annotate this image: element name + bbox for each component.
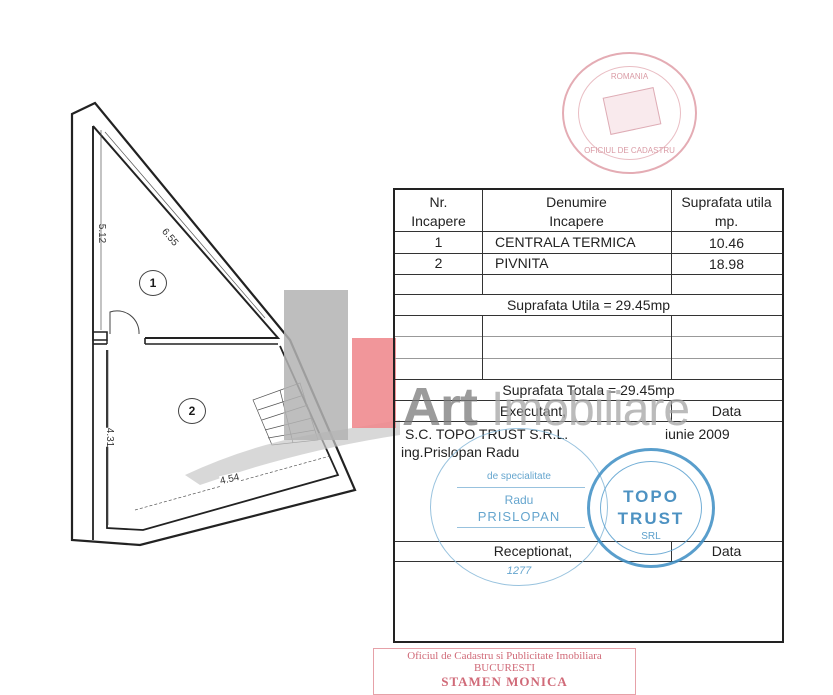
executant-person: ing.Prislopan Radu	[401, 444, 519, 460]
room-number: 2	[189, 404, 196, 418]
row-nr: 1	[395, 232, 482, 253]
receptionat-label: Receptionat,	[395, 542, 671, 561]
watermark-text: Art Imobiliare	[402, 380, 689, 437]
room-number: 1	[150, 276, 157, 290]
receptionat-data-label: Data	[671, 542, 782, 561]
watermark-logo-gray-block	[284, 290, 348, 440]
ocpi-line3: STAMEN MONICA	[374, 674, 635, 690]
dimension-label-4-31: 4.31	[104, 428, 115, 447]
header-denumire-line1: Denumire	[482, 193, 671, 212]
receptionat-header-row: Receptionat, Data	[395, 542, 782, 562]
room-marker-1: 1	[139, 270, 167, 296]
suprafata-utila-text: Suprafata Utila = 29.45mp	[395, 295, 782, 315]
floor-plan-drawing	[0, 0, 400, 560]
stamp-cadastru-red: ROMANIA OFICIUL DE CADASTRU	[562, 52, 697, 174]
watermark-brand-bold: Art	[402, 377, 477, 437]
dimension-label-5-12: 5.12	[96, 224, 107, 243]
receptionat-body	[395, 562, 782, 641]
row-suprafata: 10.46	[671, 232, 782, 253]
header-nr: Nr. Incapere	[395, 190, 482, 231]
header-denumire-line2: Incapere	[482, 212, 671, 231]
header-denumire: Denumire Incapere	[482, 190, 671, 231]
table-row: 1 CENTRALA TERMICA 10.46	[395, 232, 782, 254]
watermark-logo-red-block	[352, 338, 396, 428]
header-nr-line1: Nr.	[395, 193, 482, 212]
executant-body-row: S.C. TOPO TRUST S.R.L. ing.Prislopan Rad…	[395, 422, 782, 542]
room-marker-2: 2	[178, 398, 206, 424]
stamp-ocpi: Oficiul de Cadastru si Publicitate Imobi…	[373, 648, 636, 695]
header-nr-line2: Incapere	[395, 212, 482, 231]
stamp-red-line1: ROMANIA	[564, 72, 695, 81]
header-suprafata: Suprafata utila mp.	[671, 190, 782, 231]
header-suprafata-line1: Suprafata utila	[671, 193, 782, 212]
row-denumire: CENTRALA TERMICA	[495, 232, 671, 253]
row-suprafata: 18.98	[671, 254, 782, 274]
ocpi-line1: Oficiul de Cadastru si Publicitate Imobi…	[374, 650, 635, 662]
ocpi-line2: BUCURESTI	[374, 662, 635, 674]
empty-block-row	[395, 316, 782, 380]
table-header-row: Nr. Incapere Denumire Incapere Suprafata…	[395, 190, 782, 232]
header-suprafata-line2: mp.	[671, 212, 782, 231]
table-row: 2 PIVNITA 18.98	[395, 254, 782, 275]
suprafata-utila-row: Suprafata Utila = 29.45mp	[395, 295, 782, 316]
stamp-red-line2: OFICIUL DE CADASTRU	[564, 146, 695, 155]
row-denumire: PIVNITA	[495, 254, 671, 274]
watermark-brand-light: Imobiliare	[491, 383, 689, 436]
table-row-empty	[395, 275, 782, 295]
row-nr: 2	[395, 254, 482, 274]
